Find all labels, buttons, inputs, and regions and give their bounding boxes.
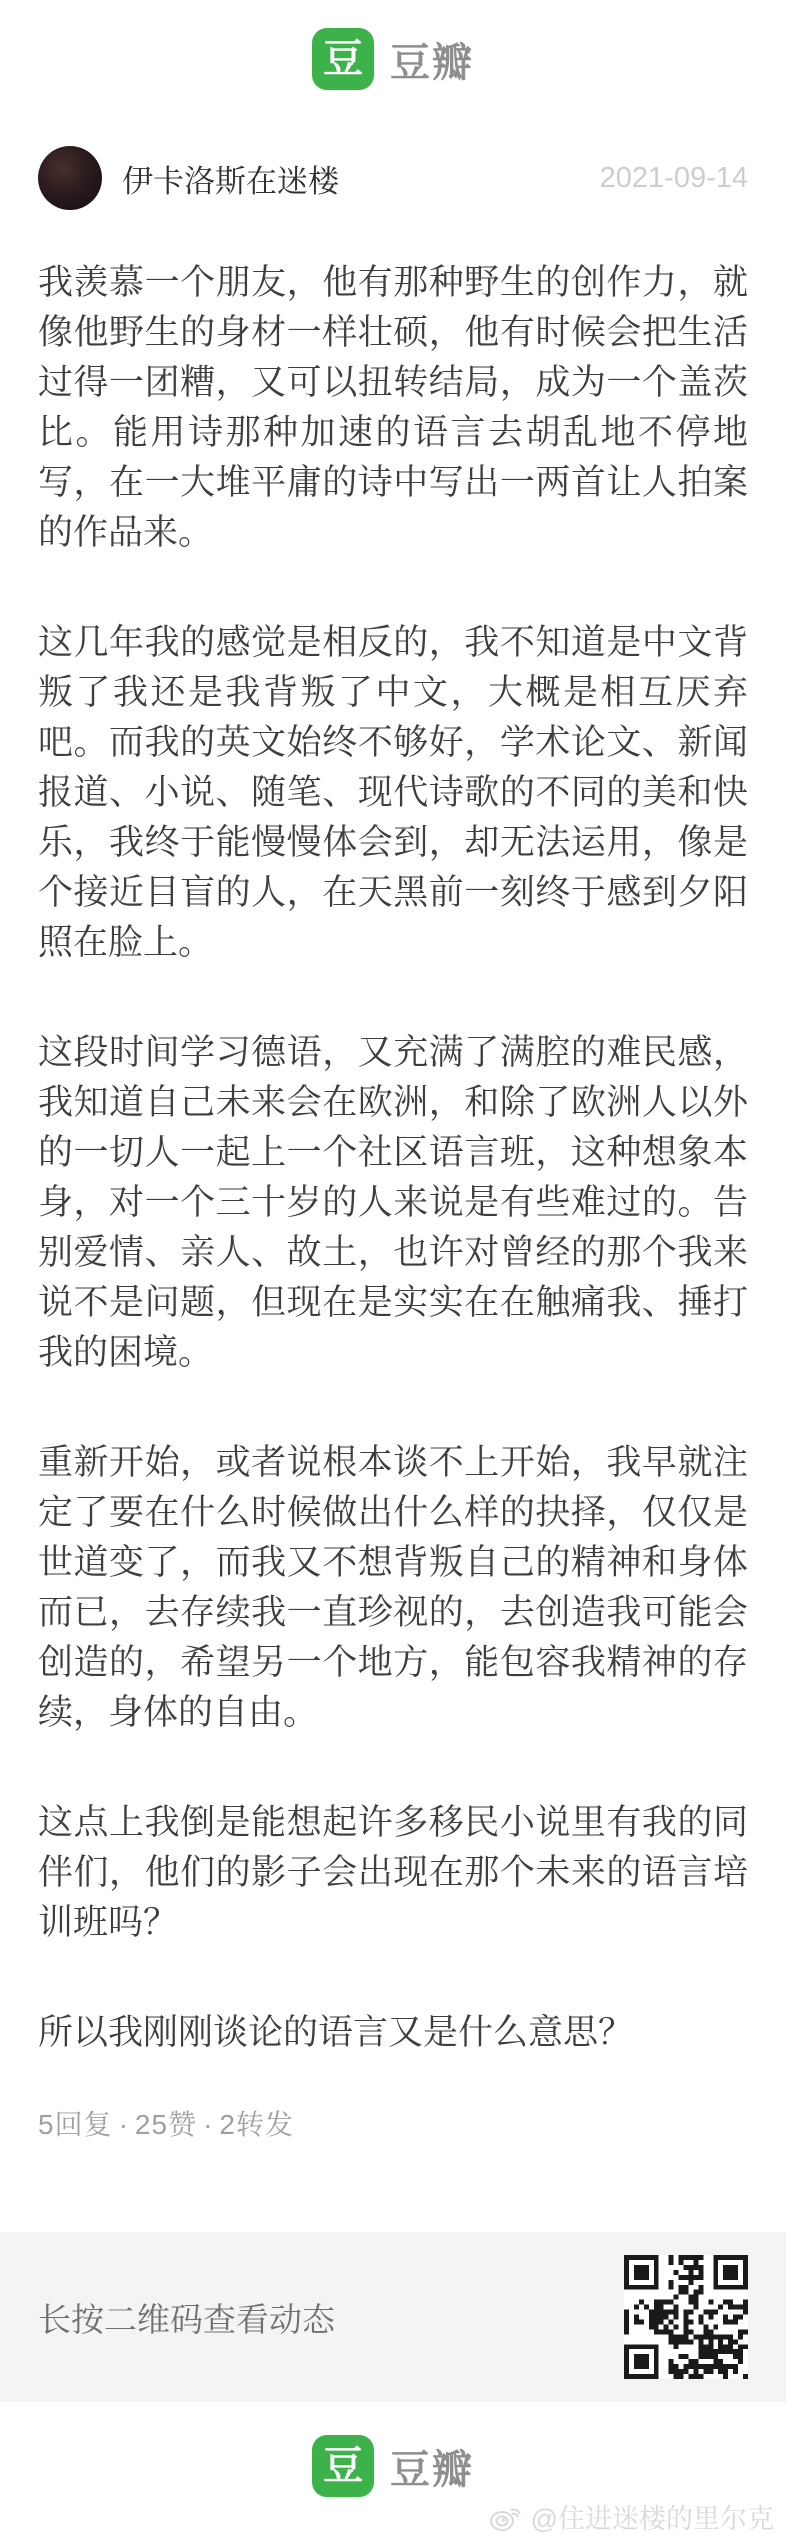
user-avatar[interactable]	[38, 146, 102, 210]
post-paragraph: 这几年我的感觉是相反的，我不知道是中文背叛了我还是我背叛了中文，大概是相互厌弃吧…	[38, 618, 748, 968]
post-body: 我羡慕一个朋友，他有那种野生的创作力，就像他野生的身材一样壮硕，他有时候会把生活…	[38, 258, 748, 2058]
weibo-watermark: @住进迷楼的里尔克	[489, 2497, 774, 2536]
qr-footer-band: 长按二维码查看动态	[0, 2232, 786, 2402]
qr-code[interactable]	[624, 2255, 748, 2379]
watermark-text: @住进迷楼的里尔克	[531, 2497, 774, 2536]
qr-hint-text: 长按二维码查看动态	[38, 2294, 335, 2341]
header-brand: 豆 豆瓣	[0, 0, 786, 90]
reply-count: 5回复	[38, 2109, 113, 2140]
username[interactable]: 伊卡洛斯在迷楼	[122, 156, 339, 201]
post-paragraph: 我羡慕一个朋友，他有那种野生的创作力，就像他野生的身材一样壮硕，他有时候会把生活…	[38, 258, 748, 558]
douban-logo-icon: 豆	[312, 28, 374, 90]
post-paragraph: 这段时间学习德语，又充满了满腔的难民感，我知道自己未来会在欧洲，和除了欧洲人以外…	[38, 1028, 748, 1378]
douban-logo-text: 豆瓣	[390, 2438, 474, 2495]
qr-code-box[interactable]	[624, 2255, 748, 2379]
douban-logo-text: 豆瓣	[390, 31, 474, 88]
douban-logo-icon: 豆	[312, 2435, 374, 2497]
stats-separator: ·	[203, 2109, 213, 2140]
like-count: 25赞	[135, 2109, 197, 2140]
stats-separator: ·	[119, 2109, 129, 2140]
footer-brand: 豆 豆瓣	[0, 2435, 786, 2497]
weibo-icon	[489, 2502, 523, 2532]
post-paragraph: 重新开始，或者说根本谈不上开始，我早就注定了要在什么时候做出什么样的抉择，仅仅是…	[38, 1438, 748, 1738]
post-paragraph: 这点上我倒是能想起许多移民小说里有我的同伴们，他们的影子会出现在那个未来的语言培…	[38, 1798, 748, 1948]
post-stats: 5回复·25赞·2转发	[38, 2103, 748, 2143]
douban-share-card: 豆 豆瓣 伊卡洛斯在迷楼 2021-09-14 我羡慕一个朋友，他有那种野生的创…	[0, 0, 786, 2542]
post-date: 2021-09-14	[600, 162, 748, 195]
repost-count: 2转发	[219, 2109, 294, 2140]
post-header: 伊卡洛斯在迷楼 2021-09-14	[38, 146, 748, 210]
post-paragraph: 所以我刚刚谈论的语言又是什么意思？	[38, 2008, 748, 2058]
